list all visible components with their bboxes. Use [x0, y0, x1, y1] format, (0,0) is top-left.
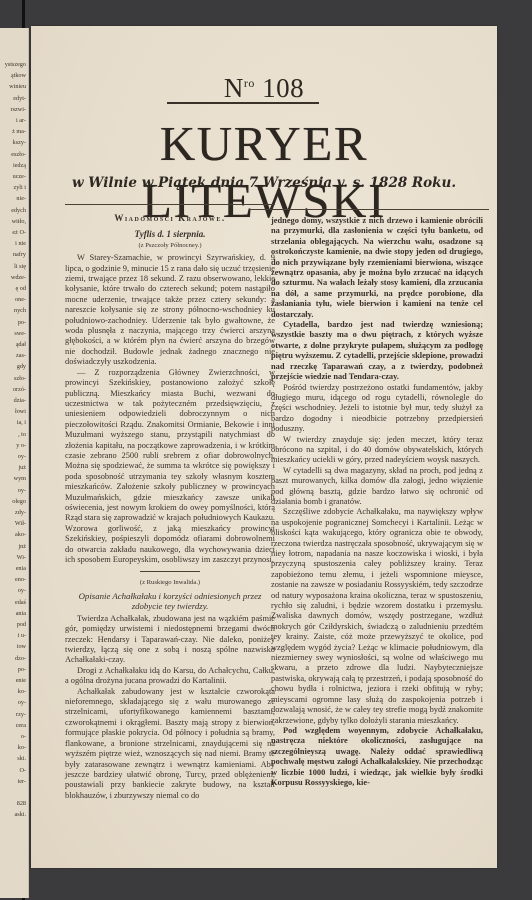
previous-page-fragment: oy- — [0, 452, 26, 461]
article-paragraph: Achałkałak zabudowany jest w kształcie c… — [65, 687, 275, 801]
previous-page-fragment: swe- — [0, 329, 26, 338]
previous-page-fragment: ier- — [0, 777, 26, 786]
previous-page-fragment: ołego — [0, 497, 26, 506]
previous-page-fragment: wdze- — [0, 273, 26, 282]
previous-page-fragment: eszło- — [0, 150, 26, 159]
previous-page-fragment: ko- — [0, 743, 26, 752]
previous-page-fragment: edaś — [0, 598, 26, 607]
article-paragraph: — Z rozporządzenia Główney Zwierzchności… — [65, 368, 275, 566]
article-source: (z Ruskiego Inwalida.) — [65, 578, 275, 588]
previous-page-fragment: one- — [0, 295, 26, 304]
article-paragraph: Twierdza Achałkałak, zbudowana jest na w… — [65, 614, 275, 666]
previous-page-fragment: jnż — [0, 542, 26, 551]
previous-page-fragment: O- — [0, 766, 26, 775]
previous-page-fragment: ądał — [0, 340, 26, 349]
previous-page-fragment: zdy- — [0, 508, 26, 517]
previous-page-fragment: winieu — [0, 82, 26, 91]
previous-page-fragment: o- — [0, 732, 26, 741]
previous-page-fragment: enie — [0, 676, 26, 685]
previous-page-fragment: li się — [0, 262, 26, 271]
previous-page-fragment: zyli i — [0, 183, 26, 192]
previous-page-fragment: ucze- — [0, 172, 26, 181]
previous-page-fragment: iow — [0, 642, 26, 651]
previous-page-fragment: i u- — [0, 631, 26, 640]
previous-page-fragment: edych — [0, 206, 26, 215]
previous-page-fragment: dzo- — [0, 654, 26, 663]
previous-page-fragment: i nie — [0, 239, 26, 248]
previous-page-fragment: łowi — [0, 407, 26, 416]
newspaper-page: Nro 108 KURYER LITEWSKI w Wilnie w Piąte… — [31, 26, 497, 868]
previous-page-fragment: y o- — [0, 441, 26, 450]
article-dateline: Tyflis d. 1 sierpnia. — [65, 229, 275, 239]
left-column: Wiadomości Krajowe. Tyflis d. 1 sierpnia… — [65, 204, 275, 801]
article-paragraph: Pośród twierdzy postrzeżono ostatki fund… — [271, 383, 483, 435]
previous-page-fragment: po- — [0, 665, 26, 674]
previous-page-fragment: nie- — [0, 194, 26, 203]
previous-page-fragment: ako- — [0, 530, 26, 539]
previous-page-fragment: nych — [0, 306, 26, 315]
previous-page-fragment: szło- — [0, 374, 26, 383]
column-rule — [249, 209, 489, 210]
previous-page-fragment: rszwi- — [0, 105, 26, 114]
previous-page-fragment: cera — [0, 721, 26, 730]
previous-page-fragment: ę od — [0, 284, 26, 293]
previous-page-fragment: już — [0, 463, 26, 472]
article-source: (z Pszczoły Północney.) — [65, 241, 275, 251]
previous-page-fragment: ski. — [0, 754, 26, 763]
issue-dateline: w Wilnie w Piątek dnia 7 Września v. s. … — [31, 175, 497, 191]
previous-page-fragment: 828 — [0, 799, 26, 808]
previous-page-fragment: aski. — [0, 810, 26, 819]
previous-page-fragment: nafry — [0, 250, 26, 259]
article-paragraph: W twierdzy znayduje się: jeden meczet, k… — [271, 435, 483, 466]
previous-page-fragment: zas- — [0, 351, 26, 360]
previous-page-fragment: ż ma- — [0, 127, 26, 136]
previous-page-fragment: Wił- — [0, 519, 26, 528]
previous-page-fragment: oy- — [0, 586, 26, 595]
article-paragraph: Drogi z Achałkałaku idą do Karsu, do Ach… — [65, 666, 275, 687]
previous-page-fragment: gdy — [0, 362, 26, 371]
previous-page-fragment: orzó- — [0, 385, 26, 394]
previous-page-fragment: dzia- — [0, 396, 26, 405]
right-column: jednego domy, wszystkie z nich drzewo i … — [271, 209, 483, 788]
previous-page-edge: ystszegoątkowwinieuedyt-rszwi-i ar-ż ma-… — [0, 28, 29, 898]
previous-page-fragment: Wi- — [0, 553, 26, 562]
previous-page-fragment: pod — [0, 620, 26, 629]
article-paragraph: Pod względem woyennym, zdobycie Achałkał… — [271, 726, 483, 788]
previous-page-fragment: eż O- — [0, 228, 26, 237]
article-separator — [140, 571, 200, 572]
article-paragraph: W Starey-Szamachie, w prowincyi Szyrwańs… — [65, 253, 275, 367]
previous-page-fragment: ko- — [0, 687, 26, 696]
previous-page-fragment: wym — [0, 474, 26, 483]
previous-page-fragment: kszy- — [0, 138, 26, 147]
previous-page-fragment: ątkow — [0, 71, 26, 80]
previous-page-fragment: witło, — [0, 217, 26, 226]
section-heading: Wiadomości Krajowe. — [65, 213, 275, 223]
article-paragraph: jednego domy, wszystkie z nich drzewo i … — [271, 216, 483, 320]
previous-page-fragment: iedzą — [0, 161, 26, 170]
previous-page-fragment: oy- — [0, 486, 26, 495]
article-paragraph: Szczęśliwe zdobycie Achałkałaku, ma nayw… — [271, 507, 483, 726]
previous-page-fragment: ia, i — [0, 418, 26, 427]
previous-page-fragment: oy- — [0, 698, 26, 707]
article-paragraph: W cytadelli są dwa magazyny, skład na pr… — [271, 466, 483, 508]
previous-page-fragment: ystszego — [0, 60, 26, 69]
masthead-rule — [167, 102, 319, 104]
previous-page-fragment: ania — [0, 609, 26, 618]
article-title: Opisanie Achałkałaku i korzyści odniesio… — [71, 591, 269, 612]
previous-page-fragment: enia — [0, 564, 26, 573]
column-rule — [65, 204, 275, 205]
previous-page-fragment: i ar- — [0, 116, 26, 125]
previous-page-fragment: rzy- — [0, 710, 26, 719]
binding-edge-top — [22, 0, 25, 30]
article-paragraph: Cytadella, bardzo jest nad twierdzę wzni… — [271, 320, 483, 382]
previous-page-fragment: eno- — [0, 575, 26, 584]
previous-page-fragment: , to — [0, 430, 26, 439]
issue-number: Nro 108 — [31, 73, 497, 104]
previous-page-fragment: po- — [0, 318, 26, 327]
previous-page-fragment: edyt- — [0, 94, 26, 103]
